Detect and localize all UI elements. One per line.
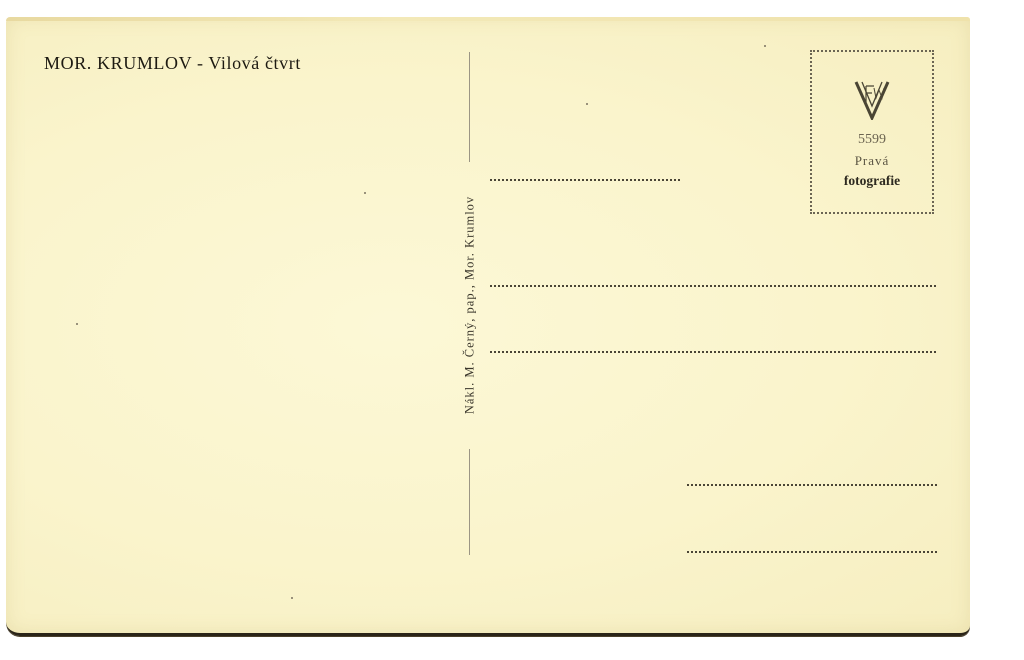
- publisher-imprint: Nákl. M. Černý, pap., Mor. Krumlov: [463, 196, 478, 414]
- paper-speck: [76, 323, 78, 325]
- paper-speck: [586, 103, 588, 105]
- center-divider-bottom: [469, 449, 470, 555]
- postcard-title: MOR. KRUMLOV - Vilová čtvrt: [44, 53, 301, 74]
- paper-speck: [364, 192, 366, 194]
- postcard-back: MOR. KRUMLOV - Vilová čtvrt Nákl. M. Čer…: [6, 17, 970, 636]
- vf-monogram-icon: [854, 80, 890, 120]
- address-line-3: [490, 351, 936, 353]
- paper-speck: [764, 45, 766, 47]
- center-divider-top: [469, 52, 470, 162]
- stamp-number: 5599: [812, 132, 932, 148]
- address-line-5: [687, 551, 937, 553]
- address-line-4: [687, 484, 937, 486]
- stamp-text-fotografie: fotografie: [812, 173, 932, 189]
- address-line-1: [490, 179, 680, 181]
- stamp-text-prava: Pravá: [812, 153, 932, 169]
- address-line-2: [490, 285, 936, 287]
- stamp-box: 5599 Pravá fotografie: [810, 50, 934, 214]
- paper-speck: [291, 597, 293, 599]
